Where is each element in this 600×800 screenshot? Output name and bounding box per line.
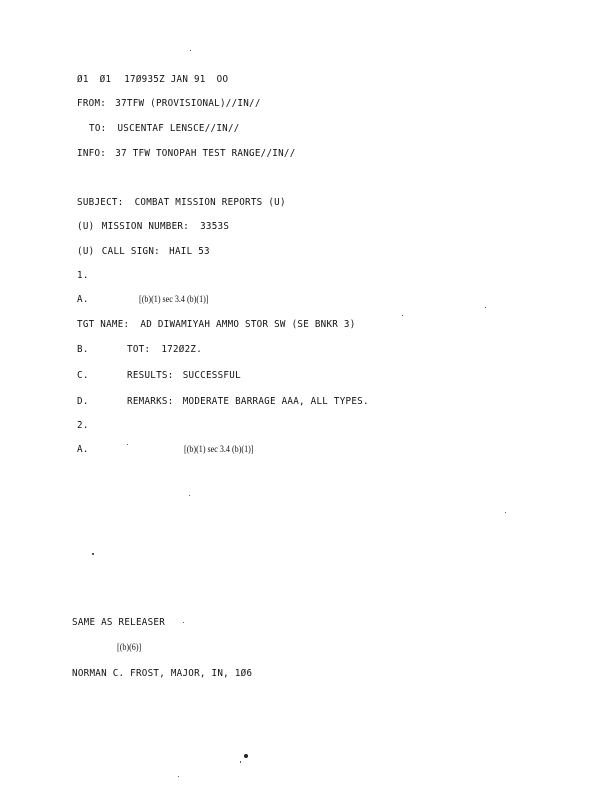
- call-sign-label: CALL SIGN:: [102, 246, 160, 257]
- info-value: 37 TFW TONOPAH TEST RANGE//IN//: [115, 148, 295, 159]
- item-2a-label: A.: [77, 444, 89, 456]
- subject-value: COMBAT MISSION REPORTS (U): [135, 197, 286, 208]
- scan-speck: [244, 754, 248, 758]
- signature-line: NORMAN C. FROST, MAJOR, IN, 1Ø6: [72, 668, 252, 680]
- item-1b-label: B.: [77, 344, 89, 356]
- results-value: SUCCESSFUL: [183, 370, 241, 381]
- scan-speck: [240, 761, 241, 763]
- item-1-number: 1.: [77, 270, 89, 282]
- item-1d-label: D.: [77, 396, 89, 408]
- to-label: TO:: [89, 123, 106, 134]
- tot-value: 172Ø2Z.: [161, 344, 202, 355]
- results-line: RESULTS:SUCCESSFUL: [127, 370, 241, 382]
- mission-number-line: (U)MISSION NUMBER:3353S: [77, 221, 229, 233]
- target-line: TGT NAME:AD DIWAMIYAH AMMO STOR SW (SE B…: [77, 319, 356, 331]
- subject-label: SUBJECT:: [77, 197, 124, 208]
- scan-speck: [189, 495, 190, 496]
- from-line: FROM:37TFW (PROVISIONAL)//IN//: [77, 98, 261, 110]
- redaction-signature: [(b)(6)]: [117, 642, 141, 654]
- scan-speck: [178, 776, 179, 777]
- subject-line: SUBJECT:COMBAT MISSION REPORTS (U): [77, 197, 286, 209]
- item-1a-label: A.: [77, 294, 89, 306]
- redaction-item-2a: [(b)(1) sec 3.4 (b)(1)]: [184, 444, 254, 456]
- item-1c-label: C.: [77, 370, 89, 382]
- tot-label: TOT:: [127, 344, 150, 355]
- scan-speck: [190, 50, 191, 51]
- dtg-value: 17Ø935Z JAN 91: [124, 74, 205, 85]
- target-label: TGT NAME:: [77, 319, 129, 330]
- remarks-line: REMARKS:MODERATE BARRAGE AAA, ALL TYPES.: [127, 396, 369, 408]
- scan-speck: [183, 622, 184, 623]
- mission-number-value: 3353S: [200, 221, 229, 232]
- dtg-prefix-2: Ø1: [100, 74, 112, 85]
- from-value: 37TFW (PROVISIONAL)//IN//: [115, 98, 260, 109]
- precedence: OO: [217, 74, 229, 85]
- scan-speck: [92, 553, 94, 555]
- from-label: FROM:: [77, 98, 106, 109]
- info-label: INFO:: [77, 148, 106, 159]
- classification-marking: (U): [77, 221, 94, 232]
- dtg-line: Ø1Ø117Ø935Z JAN 91OO: [77, 74, 228, 86]
- call-sign-line: (U)CALL SIGN:HAIL 53: [77, 246, 210, 258]
- scan-speck: [402, 315, 403, 316]
- document-page: Ø1Ø117Ø935Z JAN 91OO FROM:37TFW (PROVISI…: [0, 0, 600, 800]
- target-value: AD DIWAMIYAH AMMO STOR SW (SE BNKR 3): [140, 319, 355, 330]
- dtg-prefix-1: Ø1: [77, 74, 89, 85]
- to-line: TO:USCENTAF LENSCE//IN//: [89, 123, 240, 135]
- to-value: USCENTAF LENSCE//IN//: [117, 123, 239, 134]
- info-line: INFO:37 TFW TONOPAH TEST RANGE//IN//: [77, 148, 296, 160]
- call-sign-value: HAIL 53: [169, 246, 210, 257]
- redaction-item-1a: [(b)(1) sec 3.4 (b)(1)]: [139, 294, 209, 306]
- remarks-value: MODERATE BARRAGE AAA, ALL TYPES.: [183, 396, 369, 407]
- scan-speck: [505, 512, 506, 513]
- tot-line: TOT:172Ø2Z.: [127, 344, 202, 356]
- mission-number-label: MISSION NUMBER:: [102, 221, 189, 232]
- releaser-line: SAME AS RELEASER: [72, 617, 165, 629]
- scan-speck: [127, 444, 128, 445]
- remarks-label: REMARKS:: [127, 396, 174, 407]
- classification-marking: (U): [77, 246, 94, 257]
- scan-speck: [485, 307, 486, 308]
- results-label: RESULTS:: [127, 370, 174, 381]
- item-2-number: 2.: [77, 420, 89, 432]
